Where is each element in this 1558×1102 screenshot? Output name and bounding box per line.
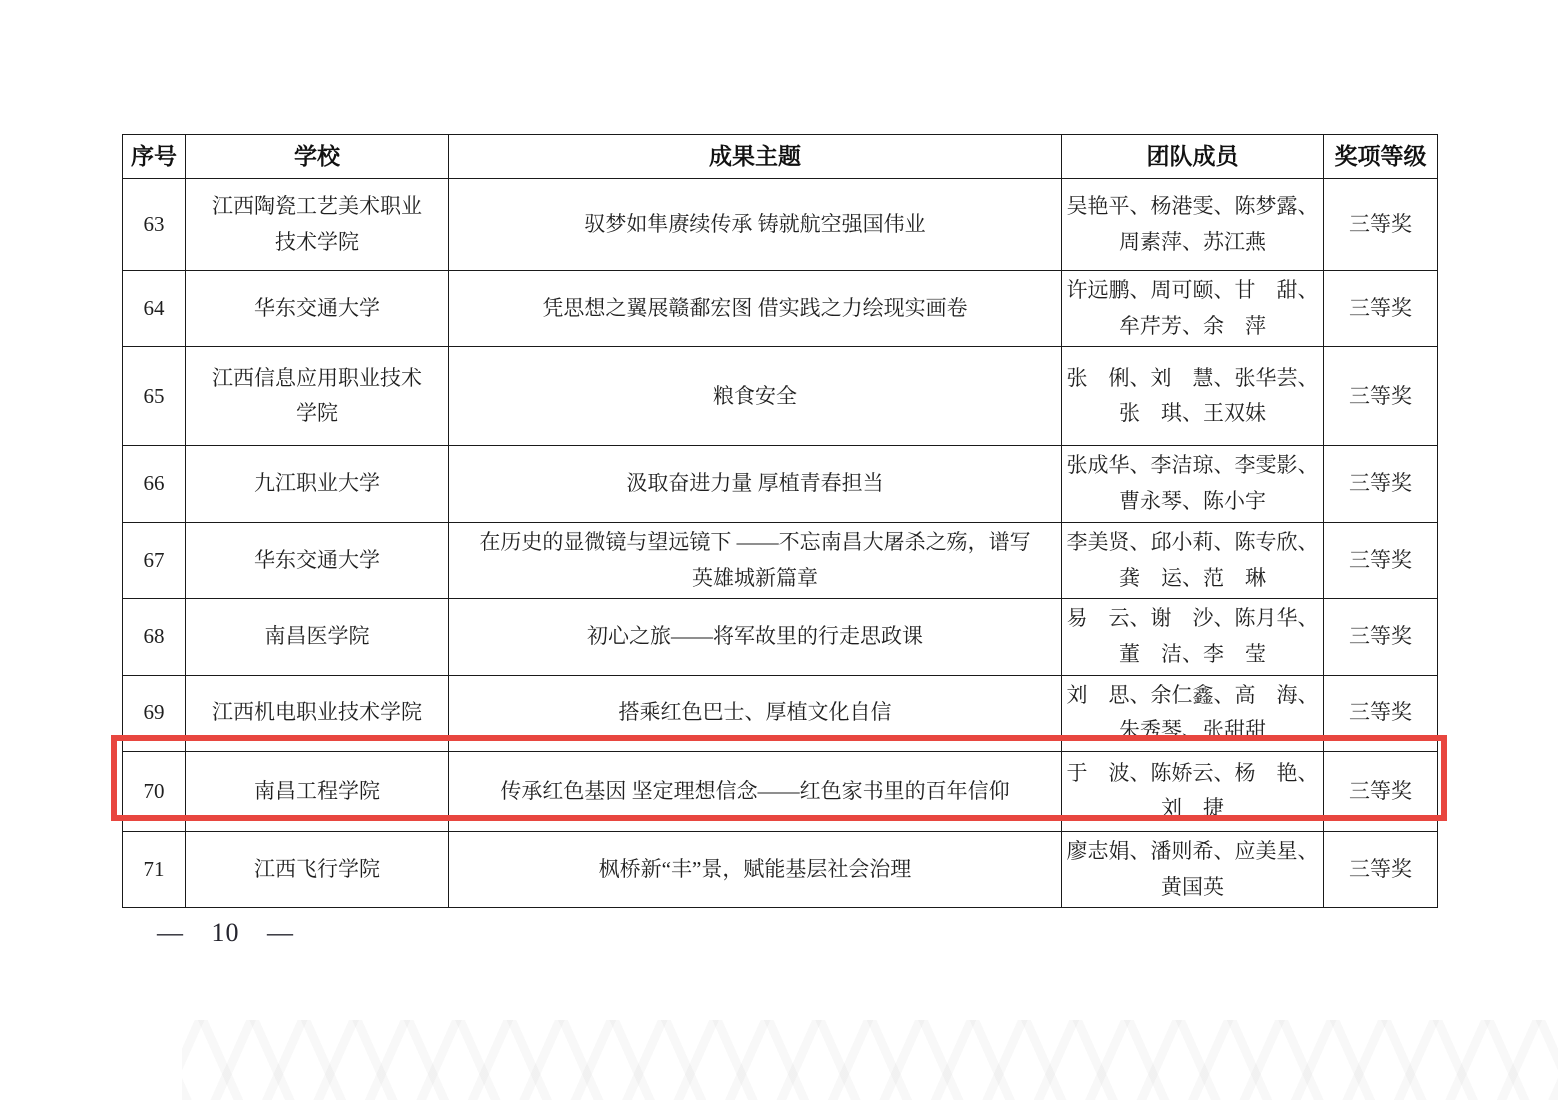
col-header-members: 团队成员: [1062, 135, 1324, 179]
cell-no: 68: [123, 599, 186, 675]
cell-topic: 驭梦如隼赓续传承 铸就航空强国伟业: [449, 179, 1062, 271]
table-row: 68 南昌医学院 初心之旅——将军故里的行走思政课 易 云、谢 沙、陈月华、 董…: [123, 599, 1438, 675]
cell-no: 66: [123, 446, 186, 522]
cell-topic: 初心之旅——将军故里的行走思政课: [449, 599, 1062, 675]
cell-no: 63: [123, 179, 186, 271]
cell-school: 华东交通大学: [186, 271, 449, 347]
page-number: — 10 —: [157, 918, 294, 948]
cell-no: 64: [123, 271, 186, 347]
cell-no: 67: [123, 522, 186, 598]
cell-members: 廖志娟、潘则希、应美星、 黄国英: [1062, 831, 1324, 907]
table-row: 67 华东交通大学 在历史的显微镜与望远镜下 ——不忘南昌大屠杀之殇，谱写 英雄…: [123, 522, 1438, 598]
cell-members: 张 俐、刘 慧、张华芸、 张 琪、王双妹: [1062, 347, 1324, 446]
cell-award: 三等奖: [1324, 751, 1438, 831]
cell-no: 71: [123, 831, 186, 907]
table-row: 71 江西飞行学院 枫桥新“丰”景，赋能基层社会治理 廖志娟、潘则希、应美星、 …: [123, 831, 1438, 907]
col-header-award: 奖项等级: [1324, 135, 1438, 179]
cell-school: 江西机电职业技术学院: [186, 675, 449, 751]
cell-school: 南昌工程学院: [186, 751, 449, 831]
cell-members: 许远鹏、周可颐、甘 甜、 牟芹芳、余 萍: [1062, 271, 1324, 347]
cell-members: 易 云、谢 沙、陈月华、 董 洁、李 莹: [1062, 599, 1324, 675]
cell-members: 吴艳平、杨港雯、陈梦露、 周素萍、苏江燕: [1062, 179, 1324, 271]
cell-award: 三等奖: [1324, 522, 1438, 598]
cell-members: 李美贤、邱小莉、陈专欣、 龚 运、范 琳: [1062, 522, 1324, 598]
awards-table: 序号 学校 成果主题 团队成员 奖项等级 63 江西陶瓷工艺美术职业 技术学院 …: [122, 134, 1438, 908]
cell-award: 三等奖: [1324, 179, 1438, 271]
cell-topic: 在历史的显微镜与望远镜下 ——不忘南昌大屠杀之殇，谱写 英雄城新篇章: [449, 522, 1062, 598]
watermark-zigzag-pattern: [182, 1020, 1558, 1100]
table-row-highlighted: 70 南昌工程学院 传承红色基因 坚定理想信念——红色家书里的百年信仰 于 波、…: [123, 751, 1438, 831]
cell-school: 江西飞行学院: [186, 831, 449, 907]
cell-topic: 凭思想之翼展赣鄱宏图 借实践之力绘现实画卷: [449, 271, 1062, 347]
cell-members: 于 波、陈娇云、杨 艳、 刘 捷: [1062, 751, 1324, 831]
cell-topic: 枫桥新“丰”景，赋能基层社会治理: [449, 831, 1062, 907]
cell-no: 69: [123, 675, 186, 751]
cell-award: 三等奖: [1324, 675, 1438, 751]
cell-school: 华东交通大学: [186, 522, 449, 598]
cell-topic: 粮食安全: [449, 347, 1062, 446]
cell-no: 65: [123, 347, 186, 446]
cell-topic: 汲取奋进力量 厚植青春担当: [449, 446, 1062, 522]
cell-award: 三等奖: [1324, 271, 1438, 347]
header-row: 序号 学校 成果主题 团队成员 奖项等级: [123, 135, 1438, 179]
document-page: 序号 学校 成果主题 团队成员 奖项等级 63 江西陶瓷工艺美术职业 技术学院 …: [0, 0, 1558, 1102]
table-row: 64 华东交通大学 凭思想之翼展赣鄱宏图 借实践之力绘现实画卷 许远鹏、周可颐、…: [123, 271, 1438, 347]
cell-no: 70: [123, 751, 186, 831]
cell-school: 江西陶瓷工艺美术职业 技术学院: [186, 179, 449, 271]
cell-topic: 传承红色基因 坚定理想信念——红色家书里的百年信仰: [449, 751, 1062, 831]
col-header-topic: 成果主题: [449, 135, 1062, 179]
cell-award: 三等奖: [1324, 831, 1438, 907]
cell-award: 三等奖: [1324, 599, 1438, 675]
cell-award: 三等奖: [1324, 446, 1438, 522]
table-row: 65 江西信息应用职业技术 学院 粮食安全 张 俐、刘 慧、张华芸、 张 琪、王…: [123, 347, 1438, 446]
col-header-no: 序号: [123, 135, 186, 179]
cell-school: 九江职业大学: [186, 446, 449, 522]
cell-topic: 搭乘红色巴士、厚植文化自信: [449, 675, 1062, 751]
cell-school: 南昌医学院: [186, 599, 449, 675]
table-row: 63 江西陶瓷工艺美术职业 技术学院 驭梦如隼赓续传承 铸就航空强国伟业 吴艳平…: [123, 179, 1438, 271]
table-row: 69 江西机电职业技术学院 搭乘红色巴士、厚植文化自信 刘 思、余仁鑫、高 海、…: [123, 675, 1438, 751]
cell-members: 刘 思、余仁鑫、高 海、 朱秀琴、张甜甜: [1062, 675, 1324, 751]
col-header-school: 学校: [186, 135, 449, 179]
cell-award: 三等奖: [1324, 347, 1438, 446]
cell-members: 张成华、李洁琼、李雯影、 曹永琴、陈小宇: [1062, 446, 1324, 522]
table-row: 66 九江职业大学 汲取奋进力量 厚植青春担当 张成华、李洁琼、李雯影、 曹永琴…: [123, 446, 1438, 522]
cell-school: 江西信息应用职业技术 学院: [186, 347, 449, 446]
